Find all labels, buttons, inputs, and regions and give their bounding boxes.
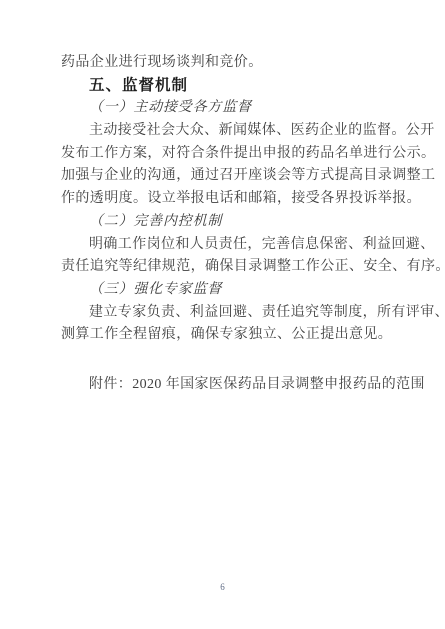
text-line: （三）强化专家监督 [61,279,425,302]
text-line: 加强与企业的沟通，通过召开座谈会等方式提高目录调整工 [61,165,425,188]
text-line: 附件：2020 年国家医保药品目录调整申报药品的范围 [61,374,425,397]
text-line: （一）主动接受各方监督 [61,97,425,120]
text-line: 测算工作全程留痕，确保专家独立、公正提出意见。 [61,324,425,347]
text-line: 责任追究等纪律规范，确保目录调整工作公正、安全、有序。 [61,256,425,279]
text-line: 发布工作方案，对符合条件提出申报的药品名单进行公示。 [61,143,425,166]
document-page: 药品企业进行现场谈判和竞价。五、监督机制（一）主动接受各方监督主动接受社会大众、… [0,0,445,629]
text-line: （二）完善内控机制 [61,211,425,234]
text-line: 明确工作岗位和人员责任，完善信息保密、利益回避、 [61,234,425,257]
text-line: 主动接受社会大众、新闻媒体、医药企业的监督。公开 [61,120,425,143]
text-line: 药品企业进行现场谈判和竞价。 [61,52,425,75]
page-number: 6 [0,582,445,592]
document-content: 药品企业进行现场谈判和竞价。五、监督机制（一）主动接受各方监督主动接受社会大众、… [61,52,425,397]
text-line: 建立专家负责、利益回避、责任追究等制度，所有评审、 [61,302,425,325]
text-line: 五、监督机制 [61,75,425,98]
text-line: 作的透明度。设立举报电话和邮箱，接受各界投诉举报。 [61,188,425,211]
text-line [61,347,425,374]
